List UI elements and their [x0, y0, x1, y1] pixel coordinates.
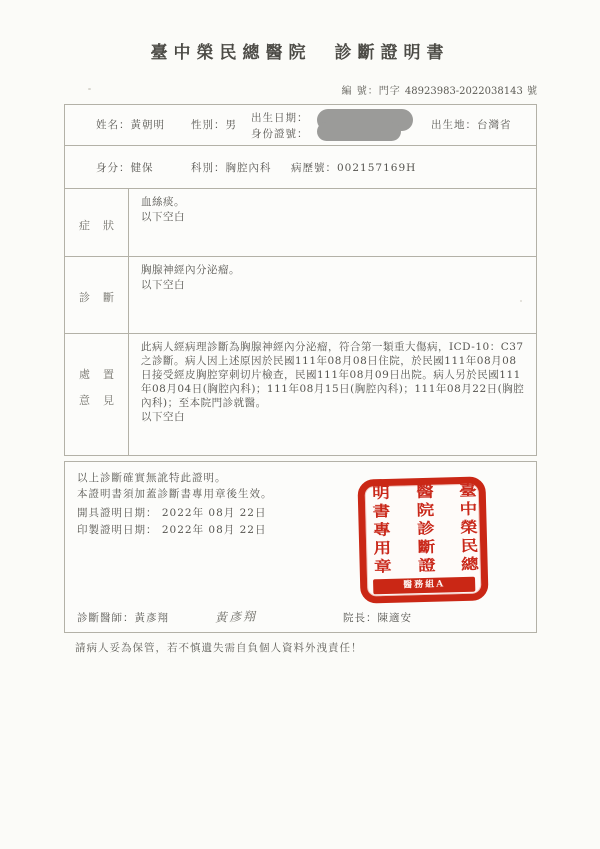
director-field: 院長：陳適安: [343, 610, 412, 625]
patient-info-table: 姓名：黃朝明 性別：男 出生日期： 身份證號： 出生地：台灣省 身分：健保: [64, 104, 537, 456]
birthplace-value: 台灣省: [477, 119, 512, 131]
symptoms-label-char2: 狀: [103, 217, 114, 233]
print-date-value: 2022年 08月 22日: [162, 524, 267, 536]
department-field: 科別：胸腔內科: [191, 160, 272, 175]
department-label: 科別：: [191, 162, 226, 174]
diagnosis-content: 胸腺神經內分泌瘤。 以下空白: [129, 257, 536, 333]
document-number-label: 編 號：門字: [342, 86, 405, 97]
redaction-blob: [317, 109, 413, 142]
identity-field: 身分：健保: [96, 160, 154, 175]
chart-number-label: 病歷號：: [291, 162, 337, 174]
seal-column-2: 醫院診斷證: [413, 483, 433, 580]
symptoms-content: 血絲痰。 以下空白: [129, 189, 536, 256]
patient-gender-value: 男: [226, 119, 238, 131]
treatment-label1-char1: 處: [79, 366, 90, 382]
certification-statement-2: 本證明書須加蓋診斷書專用章後生效。: [77, 486, 273, 501]
symptoms-label-cell: 症 狀: [65, 189, 129, 256]
table-row-registration: 身分：健保 科別：胸腔內科 病歷號：002157169H: [65, 145, 536, 188]
signature-row: 診斷醫師：黃彥翔 黃彥翔 院長：陳適安: [77, 610, 527, 625]
scan-speck: [520, 300, 522, 302]
patient-birth-id-field: 出生日期： 身份證號：: [251, 110, 309, 142]
diagnosis-blank: 以下空白: [141, 278, 526, 293]
treatment-label-cell: 處 置 意 見: [65, 334, 129, 455]
table-row-symptoms: 症 狀 血絲痰。 以下空白: [65, 188, 536, 256]
issue-date-value: 2022年 08月 22日: [162, 507, 267, 519]
birthplace-label: 出生地：: [431, 119, 477, 131]
diagnosis-label-char1: 診: [79, 289, 90, 305]
director-label: 院長：: [343, 612, 378, 624]
diagnosis-label-cell: 診 斷: [65, 257, 129, 333]
redaction-blob-bottom: [317, 122, 401, 141]
treatment-text: 此病人經病理診斷為胸腺神經內分泌瘤，符合第一類重大傷病，ICD-10：C37之診…: [141, 340, 526, 410]
issue-date-field: 開具證明日期： 2022年 08月 22日: [77, 505, 266, 520]
certification-box: 以上診斷確實無訛特此證明。 本證明書須加蓋診斷書專用章後生效。 開具證明日期： …: [64, 461, 537, 633]
diagnosis-certificate-page: 臺中榮民總醫院 診斷證明書 編 號：門字 48923983-2022038143…: [0, 0, 600, 849]
chart-number-field: 病歷號：002157169H: [291, 160, 416, 175]
page-title: 臺中榮民總醫院 診斷證明書: [0, 38, 600, 63]
diagnosis-label-char2: 斷: [103, 289, 114, 305]
treatment-blank: 以下空白: [141, 410, 526, 424]
diagnosis-text: 胸腺神經內分泌瘤。: [141, 263, 526, 278]
table-row-identity: 姓名：黃朝明 性別：男 出生日期： 身份證號： 出生地：台灣省: [65, 105, 536, 145]
birth-date-label: 出生日期：: [251, 112, 309, 124]
director-name: 陳適安: [378, 612, 413, 624]
identity-value: 健保: [131, 162, 154, 174]
department-value: 胸腔內科: [226, 162, 272, 174]
id-number-label: 身份證號：: [251, 128, 309, 140]
print-date-label: 印製證明日期：: [77, 524, 158, 536]
patient-gender-label: 性別：: [191, 119, 226, 131]
patient-gender-field: 性別：男: [191, 117, 237, 132]
treatment-content: 此病人經病理診斷為胸腺神經內分泌瘤，符合第一類重大傷病，ICD-10：C37之診…: [129, 334, 536, 455]
doctor-handwritten-signature: 黃彥翔: [215, 607, 258, 625]
symptoms-blank: 以下空白: [141, 210, 526, 225]
issue-date-label: 開具證明日期：: [77, 507, 158, 519]
treatment-label2-char2: 見: [103, 392, 114, 408]
symptoms-label-char1: 症: [79, 217, 90, 233]
patient-name-value: 黃朝明: [131, 119, 166, 131]
seal-text-columns: 臺中榮民總 醫院診斷證 明書專用章: [372, 489, 474, 576]
patient-name-label: 姓名：: [96, 119, 131, 131]
table-row-treatment: 處 置 意 見 此病人經病理診斷為胸腺神經內分泌瘤，符合第一類重大傷病，ICD-…: [65, 333, 536, 455]
treatment-label2-char1: 意: [79, 392, 90, 408]
document-number-suffix: 號: [523, 86, 538, 97]
scan-speck: [88, 88, 91, 90]
document-number: 編 號：門字 48923983-2022038143 號: [342, 82, 538, 97]
document-number-value: 48923983-2022038143: [405, 86, 523, 97]
seal-column-1: 臺中榮民總: [456, 482, 476, 579]
chart-number-value: 002157169H: [337, 162, 416, 174]
print-date-field: 印製證明日期： 2022年 08月 22日: [77, 522, 266, 537]
patient-notice: 請病人妥為保管，若不慎遺失需自負個人資料外洩責任！: [75, 640, 363, 655]
doctor-name: 黃彥翔: [135, 612, 170, 624]
hospital-seal-stamp: 臺中榮民總 醫院診斷證 明書專用章 醫務組A: [357, 476, 488, 603]
doctor-label: 診斷醫師：: [77, 612, 135, 624]
symptoms-text: 血絲痰。: [141, 195, 526, 210]
patient-name-field: 姓名：黃朝明: [96, 117, 165, 132]
treatment-label1-char2: 置: [103, 366, 114, 382]
table-row-diagnosis: 診 斷 胸腺神經內分泌瘤。 以下空白: [65, 256, 536, 333]
birthplace-field: 出生地：台灣省: [431, 117, 512, 132]
identity-label: 身分：: [96, 162, 131, 174]
seal-column-3: 明書專用章: [369, 485, 389, 582]
certification-statement-1: 以上診斷確實無訛特此證明。: [77, 470, 227, 485]
seal-department-bar: 醫務組A: [373, 577, 475, 595]
